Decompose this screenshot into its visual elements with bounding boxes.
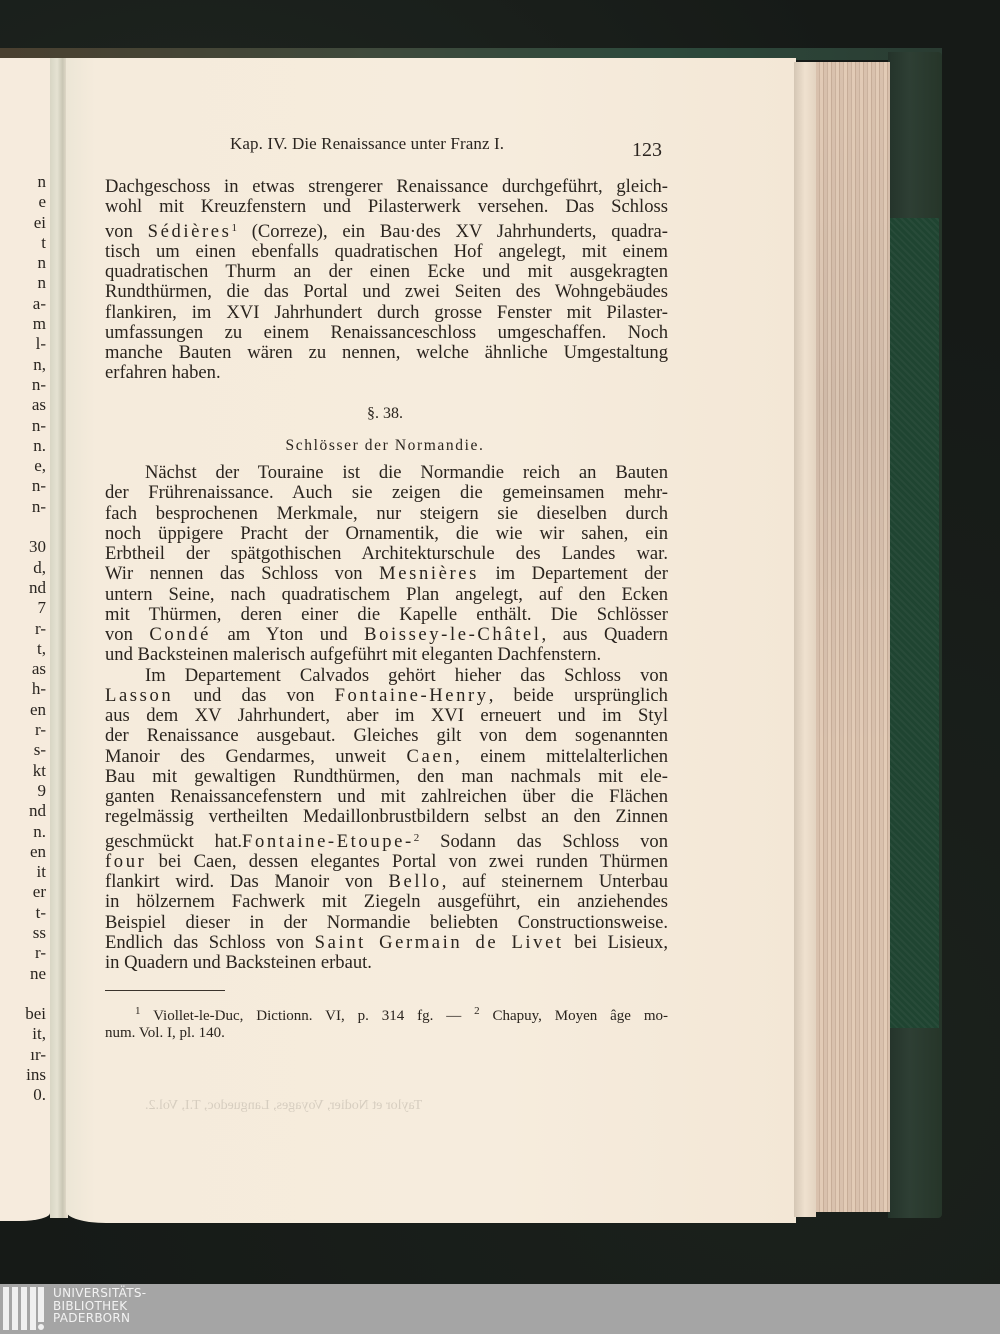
text-line: Endlich das Schloss von Saint Germain de… xyxy=(105,933,668,953)
text-line: Rundthürmen, die das Portal und zwei Sei… xyxy=(105,282,668,302)
text-line: quadratischen Thurm an der einen Ecke un… xyxy=(105,262,668,282)
paragraph-3: Im Departement Calvados gehört hieher da… xyxy=(105,666,668,974)
text-line: fach besprochenen Merkmale, nur steigern… xyxy=(105,504,668,524)
text-line: umfassungen zu einem Renaissanceschloss … xyxy=(105,323,668,343)
text-line: four bei Caen, dessen elegantes Portal v… xyxy=(105,852,668,872)
library-logo-text: UNIVERSITÄTS- BIBLIOTHEK PADERBORN xyxy=(53,1287,146,1325)
section-title: Schlösser der Normandie. xyxy=(0,437,770,455)
text-line: und Backsteinen malerisch aufgeführt mit… xyxy=(105,645,668,665)
bleed-through-text: Taylor et Nodier, Voyages, Languedoc, T.… xyxy=(145,1098,422,1114)
text-line: in Quadern und Backsteinen erbaut. xyxy=(105,953,668,973)
text-line: Dachgeschoss in etwas strengerer Renaiss… xyxy=(105,177,668,197)
text-line: der Renaissance ausgebaut. Gleiches gilt… xyxy=(105,726,668,746)
text-line: flankirt wird. Das Manoir von Bello, auf… xyxy=(105,872,668,892)
text-line: wohl mit Kreuzfenstern und Pilasterwerk … xyxy=(105,197,668,217)
paragraph-1: Dachgeschoss in etwas strengerer Renaiss… xyxy=(105,177,668,384)
text-line: in hölzernem Fachwerk mit Ziegeln ausgef… xyxy=(105,892,668,912)
library-logo-bar: UNIVERSITÄTS- BIBLIOTHEK PADERBORN xyxy=(0,1284,1000,1334)
text-line: geschmückt hat.Fontaine-Etoupe-2 Sodann … xyxy=(105,828,668,852)
text-line: von Condé am Yton und Boissey-le-Châtel,… xyxy=(105,625,668,645)
body-text-section: Nächst der Touraine ist die Normandie re… xyxy=(105,463,668,973)
text-line: tisch um einen ebenfalls quadratischen H… xyxy=(105,242,668,262)
text-line: Wir nennen das Schloss von Mesnières im … xyxy=(105,564,668,584)
left-page-text-fragment: n e ei t n n a- m l- n, n- as n- n. e, n… xyxy=(0,172,46,1106)
text-line: Nächst der Touraine ist die Normandie re… xyxy=(105,463,668,483)
text-line: manche Bauten wären zu nennen, welche äh… xyxy=(105,343,668,363)
page-number: 123 xyxy=(632,139,662,162)
text-line: mit Thürmen, deren einer die Kapelle ent… xyxy=(105,605,668,625)
text-line: von Sédières1 (Correze), ein Bau·des XV … xyxy=(105,218,668,242)
text-line: Bau mit gewaltigen Rundthürmen, den man … xyxy=(105,767,668,787)
text-line: Manoir des Gendarmes, unweit Caen, einem… xyxy=(105,747,668,767)
footnotes: 1 Viollet-le-Duc, Dictionn. VI, p. 314 f… xyxy=(105,1003,668,1042)
running-head: Kap. IV. Die Renaissance unter Franz I. xyxy=(230,134,504,154)
text-line: der Frührenaissance. Auch sie zeigen die… xyxy=(105,483,668,503)
text-line: Erbtheil der spätgothischen Architekturs… xyxy=(105,544,668,564)
body-text: Dachgeschoss in etwas strengerer Renaiss… xyxy=(105,177,668,384)
text-line: Lasson und das von Fontaine-Henry, beide… xyxy=(105,686,668,706)
footnote-rule xyxy=(105,990,225,991)
text-line: noch üppigere Pracht der Ornamentik, die… xyxy=(105,524,668,544)
text-line: aus dem XV Jahrhundert, aber im XVI erne… xyxy=(105,706,668,726)
text-line: ganten Renaissancefenstern und mit zahlr… xyxy=(105,787,668,807)
book-cover-leather xyxy=(889,218,939,1028)
text-line: Beispiel dieser in der Normandie beliebt… xyxy=(105,913,668,933)
text-line: erfahren haben. xyxy=(105,363,668,383)
page-edge-inner xyxy=(794,62,816,1217)
section-number: §. 38. xyxy=(0,405,770,423)
paragraph-2: Nächst der Touraine ist die Normandie re… xyxy=(105,463,668,666)
page-stack-stain xyxy=(816,62,890,1212)
footnote-line-2: num. Vol. I, pl. 140. xyxy=(105,1025,668,1042)
footnote-line-1: 1 Viollet-le-Duc, Dictionn. VI, p. 314 f… xyxy=(105,1003,668,1025)
text-line: Im Departement Calvados gehört hieher da… xyxy=(105,666,668,686)
text-line: flankiren, im XVI Jahrhundert durch gros… xyxy=(105,303,668,323)
text-line: regelmässig vertheilten Medaillonbrustbi… xyxy=(105,807,668,827)
text-line: untern Seine, nach quadratischem Plan an… xyxy=(105,585,668,605)
